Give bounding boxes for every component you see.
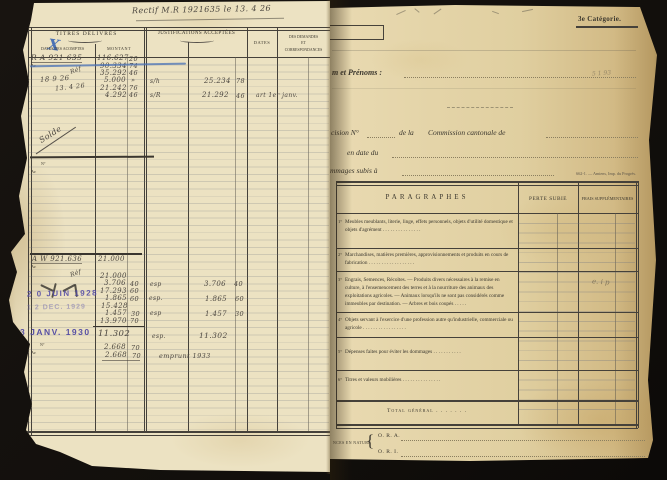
hw-dossier-ref: R A 921 635 [31, 53, 82, 63]
col-header-frais-supplementaires: FRAIS SUPPLÉMENTAIRES [578, 196, 637, 201]
table-border [336, 428, 638, 429]
top-handwritten-note: Rectif M.R 1921635 le 13. 4 26 [132, 4, 271, 15]
col-header-paragraphes: PARAGRAPHES [336, 193, 518, 201]
hw-amount: 2.668 [105, 351, 127, 359]
ledger-border-bottom2 [26, 435, 330, 436]
row-divider [336, 271, 638, 272]
print-label-av: Av. [31, 350, 36, 355]
ledger-ruling [29, 58, 329, 430]
hw-justif-centimes: 60 [235, 295, 244, 303]
blue-crayon-x-mark: X [47, 35, 61, 55]
hw-centimes: 70 [132, 352, 141, 360]
corner-handwritten-mark: 7 [29, 0, 35, 10]
footer-ora-line [401, 440, 645, 441]
header-dates: DATES [247, 40, 277, 45]
header-swash [68, 38, 102, 43]
header-correspondance-l2: ET [278, 41, 329, 45]
field-line-commission [546, 137, 638, 138]
hw-justif-type: esp [150, 281, 162, 288]
pencil-stroke [522, 9, 533, 12]
hw-amount: 21.000 [98, 255, 125, 263]
paragraph-text: Titres et valeurs mobilières . . . . . .… [345, 376, 513, 384]
hw-justif-centimes: 30 [235, 310, 244, 318]
print-label-av: Av. [31, 169, 36, 174]
rule-line [332, 50, 636, 51]
hw-amount: 13.970 [100, 317, 127, 325]
header-correspondance-l3: CORRESPONDANCES [278, 48, 329, 52]
paragraph-text: Marchandises, matières premières, approv… [345, 251, 513, 267]
row-divider [336, 370, 638, 371]
hw-justif-centimes: 78 [236, 77, 245, 85]
hw-amount-large: 11.302 [98, 329, 130, 339]
page-overlap-shadow [330, 0, 352, 480]
date-stamp-1930: 3 JANV. 1930 [20, 327, 91, 337]
hw-emprunt-note: emprunt 1933 [159, 352, 211, 360]
pencil-stroke [414, 8, 419, 13]
table-border [638, 181, 639, 428]
hw-amount: 2.668 [104, 343, 126, 351]
scanned-archive-document: 3e Catégorie. m et Prénoms : 5 1 93 cisi… [0, 0, 667, 480]
hw-justif-type: esp. [149, 295, 163, 302]
paragraph-text: Engrais, Semences, Récoltes. — Produits … [345, 276, 513, 308]
hand-underline [102, 360, 140, 361]
category-underline [576, 26, 638, 28]
pencil-stroke [434, 9, 442, 15]
margin-note-eglise: Église Esp. [0, 262, 12, 422]
pencil-note-top-right: 5 1 93 [592, 69, 612, 77]
hw-centimes: » [131, 76, 135, 84]
ledger-border-bottom [26, 431, 330, 433]
hw-justif-type: s/R [150, 92, 161, 99]
hw-justif-amount: 3.706 [204, 280, 226, 288]
print-label-no: N° [40, 342, 45, 347]
table-border [636, 181, 637, 428]
category-label: 3e Catégorie. [578, 15, 621, 23]
header-swash [180, 38, 214, 43]
hw-centimes: 70 [130, 317, 139, 325]
row-divider [336, 312, 638, 313]
hw-justif-amount: 1.457 [205, 310, 227, 318]
margin-note-mobilier: Mobilier Égl. [1, 112, 15, 262]
total-general-label: Total général . . . . . . . [336, 408, 518, 414]
top-note-underline [136, 18, 284, 21]
ledger-border-top [28, 27, 330, 28]
hw-justif-type: esp [150, 310, 162, 317]
field-label-commission: Commission cantonale de [428, 128, 506, 137]
table-border [336, 424, 638, 426]
center-dashes [447, 107, 513, 108]
pencil-stroke [492, 11, 499, 14]
hand-rule [93, 326, 145, 327]
left-page-edge [326, 0, 330, 474]
hw-justif-type: s/h [150, 78, 160, 85]
date-stamp-1929: 1 2 DEC. 1929 [27, 303, 86, 311]
hw-justif-centimes: 40 [234, 280, 243, 288]
row-divider-total [336, 400, 638, 402]
hw-justif-amount: 21.292 [202, 91, 229, 99]
hw-justif-amount: 1.865 [205, 295, 227, 303]
footer-brace: { [366, 431, 374, 451]
footer-ori-label: O. R. I. [378, 449, 398, 455]
margin-blue-scrawl [6, 432, 18, 463]
field-line-dommages [402, 175, 554, 176]
header-justifications: JUSTIFICATIONS ACCEPTÉES [146, 31, 247, 36]
row-divider [336, 337, 638, 338]
hw-amount: 4.292 [105, 91, 127, 99]
header-montant: MONTANT [95, 46, 143, 51]
field-label-de-la: de la [399, 128, 414, 137]
paragraph-text: Meubles meublants, literie, linge, effet… [345, 218, 513, 234]
table-border [336, 185, 638, 186]
hw-centimes: 70 [131, 344, 140, 352]
field-line-nom [404, 77, 636, 78]
hw-justif-amount: 11.302 [199, 331, 228, 340]
paragraph-text: Dépenses faites pour éviter les dommages… [345, 348, 513, 356]
footer-ori-line [401, 456, 645, 457]
printer-imprint: 662-1. — Amiens, Imp. du Progrès. [540, 171, 636, 176]
header-correspondance-l1: DES DEMANDES [278, 34, 329, 41]
hw-centimes: 46 [129, 91, 138, 99]
hw-justif-centimes: 46 [236, 92, 245, 100]
hw-justif-amount: 25.234 [204, 77, 231, 85]
print-label-av: Av. [31, 264, 36, 269]
field-line-date [392, 157, 638, 158]
header-titres-delivres: TITRES DÉLIVRÉS [30, 31, 143, 37]
print-label-no: N° [41, 161, 46, 166]
margin-blue-scrawl [0, 423, 18, 468]
hw-justif-type: esp. [152, 333, 166, 340]
hw-centimes: 60 [130, 295, 139, 303]
date-stamp-1928: 2 0 JUIN 1928 [27, 288, 98, 298]
table-border [336, 181, 638, 183]
hw-correspondance-note: art 1er janv. [256, 92, 298, 99]
paragraph-text: Objets servant à l'exercice d'une profes… [345, 316, 513, 332]
pencil-stroke [396, 10, 406, 15]
header-dates-acomptes: DATES DES ACOMPTES [30, 46, 95, 51]
footer-ora-label: O. R. A. [378, 433, 400, 439]
col-header-perte-subie: PERTE SUBIE [518, 196, 578, 202]
hw-dossier-ref2: A W 921.636 [32, 255, 82, 264]
row-divider [336, 248, 638, 249]
field-line-decision [367, 137, 395, 138]
pencil-note-row3: e. i p [592, 277, 610, 286]
rule-line [332, 88, 636, 89]
